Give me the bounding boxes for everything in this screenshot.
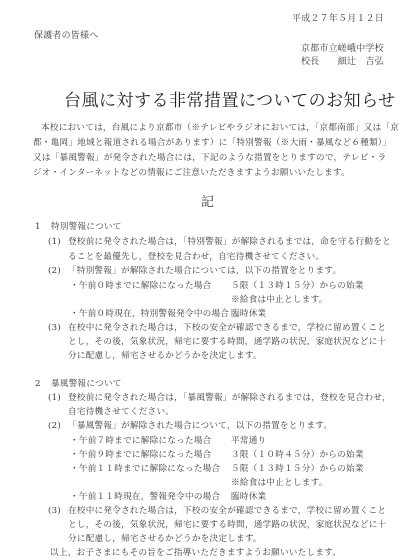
condition: ・午前１１時までに解除になった場合 (70, 462, 220, 477)
item-line: 在校中に発令された場合は，下校の安全が確認できるまで，学校に留め置くこと (68, 321, 386, 336)
ki-heading: 記 (201, 191, 214, 210)
condition: ・午前７時までに解除になった場合 (70, 434, 212, 449)
item-line: 在校中に発令された場合は，下校の安全が確認できるまで，学校に留め置くこと (68, 504, 386, 519)
item-line: 分に配慮し，帰宅させるかどうかを決定します。 (68, 349, 262, 364)
condition: ・午前０時現在，特別警報発令中の場合 (70, 307, 229, 322)
item-line: とし，その後，気象状況，帰宅に要する時間，通学路の状況，家庭状況などに十 (68, 518, 386, 533)
item-line: 「特別警報」が解除された場合については，以下の措置をとります。 (68, 264, 341, 279)
action: 平常通り (231, 434, 266, 449)
item-line: ることを最優先し，登校を見合わせ，自宅待機させてください。 (68, 250, 324, 265)
item-number: (1) (48, 391, 61, 406)
item-number: (2) (48, 264, 61, 279)
item-number: (3) (48, 321, 61, 336)
section-heading: 暴風警報について (51, 377, 122, 392)
section-number: 1 (35, 220, 41, 235)
item-line: 「暴風警報」が解除された場合について，以下の措置をとります。 (68, 419, 332, 434)
school-name: 京都市立嵯峨中学校 (301, 44, 384, 55)
addressee: 保護者の皆様へ (34, 31, 98, 42)
item-number: (2) (48, 419, 61, 434)
section-heading: 特別警報について (51, 220, 122, 235)
item-line: 登校前に発令された場合は，「暴風警報」が解除されるまでは，登校を見合わせ， (68, 391, 391, 406)
item-line: 登校前に発令された場合は，「特別警報」が解除されるまでは，命を守る行動をと (68, 235, 391, 250)
item-line: 自宅待機させてください。 (68, 405, 174, 420)
item-line: とし，その後，気象状況，帰宅に要する時間，通学路の状況，家庭状況などに十 (68, 335, 386, 350)
condition: ・午前９時までに解除になった場合 (70, 448, 212, 463)
intro-line: 本校においては，台風により京都市（※テレビやラジオにおいては，「京都南部」又は「… (41, 121, 399, 136)
intro-line: 都・亀岡」地域と報道される場合があります）に「特別警報（※大雨・暴風など６種類）… (33, 136, 391, 151)
principal-name: 校長 細辻 吉弘 (301, 57, 384, 68)
item-number: (3) (48, 504, 61, 519)
intro-line: ジオ・インターネットなどの情報にご注意いただきますようお願いいたします。 (33, 166, 350, 181)
date: 平成２７年５月１２日 (292, 14, 384, 25)
item-number: (1) (48, 235, 61, 250)
action-note: ※給食は中止とします。 (231, 293, 328, 308)
action: ５限（１３時１５分）からの始業 (231, 462, 364, 477)
document-title: 台風に対する非常措置についてのお知らせ (64, 86, 396, 111)
intro-line: 又は「暴風警報」が発令された場合には，下記のような措置をとりますので，テレビ・ラ (33, 151, 386, 166)
action: ３限（１０時４５分）からの始業 (231, 448, 364, 463)
condition: ・午前１１時現在，警報発令中の場合 (70, 490, 220, 505)
closing-text: 以上，お子さまにもその旨をご指導いただきますようお願いいたします。 (50, 546, 341, 560)
action: ５限（１３時１５分）からの始業 (231, 279, 364, 294)
item-line: 分に配慮し，帰宅させるかどうかを決定します。 (68, 532, 262, 547)
action: 臨時休業 (231, 307, 266, 322)
condition: ・午前０時までに解除になった場合 (70, 279, 212, 294)
action: 臨時休業 (231, 490, 266, 505)
section-number: 2 (35, 377, 41, 392)
action-note: ※給食は中止とします。 (231, 476, 328, 491)
